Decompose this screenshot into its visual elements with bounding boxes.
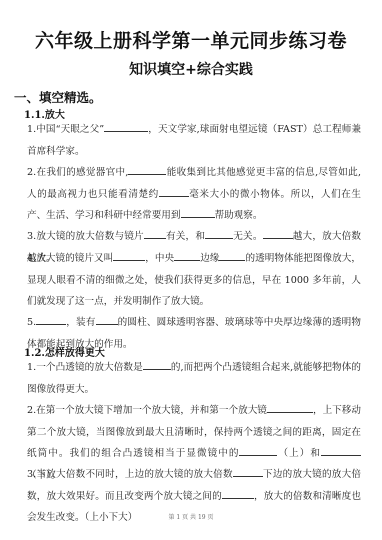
answer-blank[interactable] xyxy=(181,207,215,218)
answer-blank[interactable] xyxy=(104,121,148,132)
answer-blank[interactable] xyxy=(267,402,313,413)
question-text: 无关。 xyxy=(233,231,263,242)
question-text: ，中央 xyxy=(145,253,174,264)
page-title: 六年级上册科学第一单元同步练习卷 xyxy=(0,26,382,53)
answer-blank[interactable] xyxy=(128,164,166,175)
question-text: 2.在第一个放大镜下增加一个放大镜，并和第一个放大镜 xyxy=(27,405,267,416)
answer-blank[interactable] xyxy=(219,250,245,261)
question-text: 帮助观察。 xyxy=(215,210,263,221)
question-text: 边缘 xyxy=(200,253,219,264)
question-text: 3.当放大倍数不同时，上边的放大镜的放大倍数 xyxy=(27,469,233,480)
answer-blank[interactable] xyxy=(239,445,277,456)
question-text: （上）和 xyxy=(277,448,321,459)
question-1-1-1: 1.中国“天眼之父”，天文学家,球面射电望远镜（FAST）总工程师兼首席科学家。 xyxy=(27,119,361,162)
answer-blank[interactable] xyxy=(233,466,263,477)
question-text: 1.一个凸透镜的放大倍数是 xyxy=(27,362,143,373)
answer-blank[interactable] xyxy=(174,250,200,261)
question-text: 有关，和 xyxy=(166,231,205,242)
question-1-1-4: 4.放大镜的镜片又叫，中央边缘的透明物体能把图像放大，显现人眼看不清的细微之处，… xyxy=(27,248,361,313)
answer-blank[interactable] xyxy=(113,250,145,261)
question-text: ，装有 xyxy=(66,317,95,328)
question-text: 4.放大镜的镜片又叫 xyxy=(27,253,113,264)
worksheet-page: 六年级上册科学第一单元同步练习卷 知识填空+综合实践 一、填空精选。 1.1.放… xyxy=(0,0,382,540)
page-subtitle: 知识填空+综合实践 xyxy=(0,59,382,79)
question-text: 5. xyxy=(27,317,36,328)
answer-blank[interactable] xyxy=(36,314,66,325)
answer-blank[interactable] xyxy=(159,186,189,197)
question-text: 1.中国“天眼之父” xyxy=(27,124,104,135)
answer-blank[interactable] xyxy=(222,488,254,499)
question-text: 3.放大镜的放大倍数与镜片 xyxy=(27,231,144,242)
answer-blank[interactable] xyxy=(321,445,361,456)
answer-blank[interactable] xyxy=(143,359,171,370)
answer-blank[interactable] xyxy=(144,228,166,239)
section-heading: 一、填空精选。 xyxy=(14,88,102,106)
answer-blank[interactable] xyxy=(96,314,118,325)
question-text: 2.在我们的感觉器官中, xyxy=(27,167,128,178)
question-1-2-1: 1.一个凸透镜的放大倍数是的,而把两个凸透镜组合起来,就能够把物体的图像放得更大… xyxy=(27,357,361,400)
answer-blank[interactable] xyxy=(263,228,293,239)
answer-blank[interactable] xyxy=(205,228,233,239)
page-footer: 第 1 页 共 19 页 xyxy=(0,512,382,521)
question-1-1-2: 2.在我们的感觉器官中,能收集到比其他感觉更丰富的信息,尽管如此,人的最高视力也… xyxy=(27,162,361,227)
